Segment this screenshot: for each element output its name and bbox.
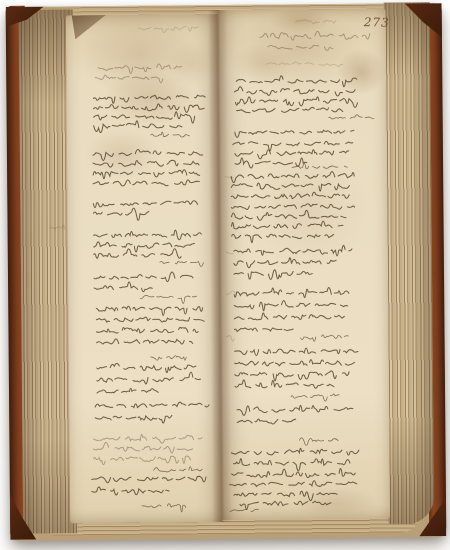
- manuscript-book: 273: [0, 0, 450, 550]
- right-page: [218, 9, 390, 520]
- folio-number: 273: [364, 15, 404, 30]
- left-page: [66, 14, 222, 523]
- right-fore-edge-stack: [384, 2, 435, 524]
